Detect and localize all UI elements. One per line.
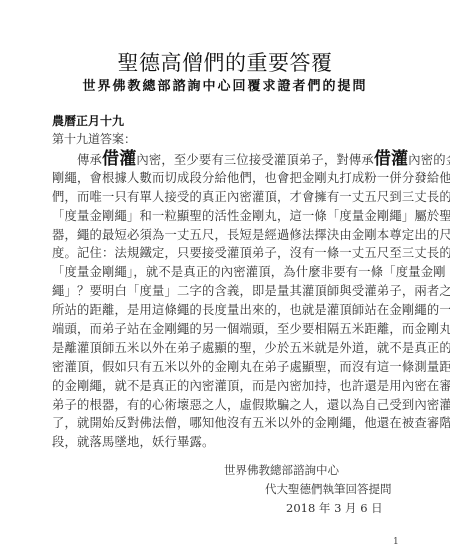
- body-line: 了，就開始反對佛法僧，哪知他沒有五米以外的金剛繩，他還在被查審階: [52, 414, 397, 433]
- page-number: 1: [393, 537, 399, 547]
- body-line: 的金剛繩，就不是真正的內密灌頂，而是內密加持，也許還是用內密在審查: [52, 377, 397, 396]
- body-line: 傳承借灌內密，至少要有三位接受灌頂弟子，對傳承借灌內密的金: [52, 150, 397, 169]
- body-line: 「度量金剛繩」和一粒顯聖的活性金剛丸，這一條「度量金剛繩」屬於聖法: [52, 207, 397, 226]
- document-page: 聖德高僧們的重要答覆 世界佛教總部諮詢中心回覆求證者們的提問 農曆正月十九 第十…: [0, 0, 450, 551]
- body-line: 是離灌頂師五米以外在弟子處顯的聖，少於五米就是外道，就不是真正的內: [52, 339, 397, 358]
- body-line: 器，繩的最短必須為一丈五尺，長短是經過修法擇決由金剛本尊定出的尺: [52, 226, 397, 245]
- body-text-fragment: 內密的金: [408, 153, 450, 167]
- signature-organization: 世界佛教總部諮詢中心: [224, 462, 339, 478]
- body-line: 度。記住：法規鐵定，只要接受灌頂弟子，沒有一條一丈五尺至三丈長的: [52, 244, 397, 263]
- body-line: 密灌頂，假如只有五米以外的金剛丸在弟子處顯聖，而沒有這一條測量距離: [52, 358, 397, 377]
- emphasized-term: 借灌: [374, 149, 408, 169]
- body-line: 所站的距離，是用這條繩的長度量出來的，也就是灌頂師站在金剛繩的一個: [52, 301, 397, 320]
- signature-date: 2018 年 3 月 6 日: [286, 500, 383, 516]
- answer-body: 傳承借灌內密，至少要有三位接受灌頂弟子，對傳承借灌內密的金 剛繩，會根據人數而切…: [52, 150, 397, 452]
- body-text-fragment: 傳承: [77, 153, 102, 167]
- body-line: 「度量金剛繩」，就不是真正的內密灌頂，為什麼非要有一條「度量金剛: [52, 263, 397, 282]
- body-line: 們，而唯一只有單人接受的真正內密灌頂，才會擁有一丈五尺到三丈長的: [52, 188, 397, 207]
- body-line: 繩」？要明白「度量」二字的含義，即是量其灌頂師與受灌弟子，兩者之間: [52, 282, 397, 301]
- lunar-date-heading: 農曆正月十九: [52, 112, 124, 129]
- document-subtitle: 世界佛教總部諮詢中心回覆求證者們的提問: [0, 75, 450, 94]
- emphasized-term: 借灌: [102, 149, 136, 169]
- body-line: 剛繩，會根據人數而切成段分給他們，也會把金剛丸打成粉一併分發給他: [52, 169, 397, 188]
- body-text-fragment: 內密，至少要有三位接受灌頂弟子，對傳承: [136, 153, 373, 167]
- body-line: 端頭，而弟子站在金剛繩的另一個端頭，至少要相隔五米距離，而金剛丸不: [52, 320, 397, 339]
- answer-label: 第十九道答案：: [52, 130, 136, 147]
- signature-on-behalf: 代大聖德們執筆回答提問: [265, 481, 392, 497]
- document-title: 聖德高僧們的重要答覆: [0, 47, 450, 77]
- body-line: 段，就落馬墜地，妖行畢露。: [52, 433, 397, 452]
- body-line: 弟子的根器，有的心術壞惡之人，虛假欺騙之人，還以為自己受到內密灌頂: [52, 396, 397, 415]
